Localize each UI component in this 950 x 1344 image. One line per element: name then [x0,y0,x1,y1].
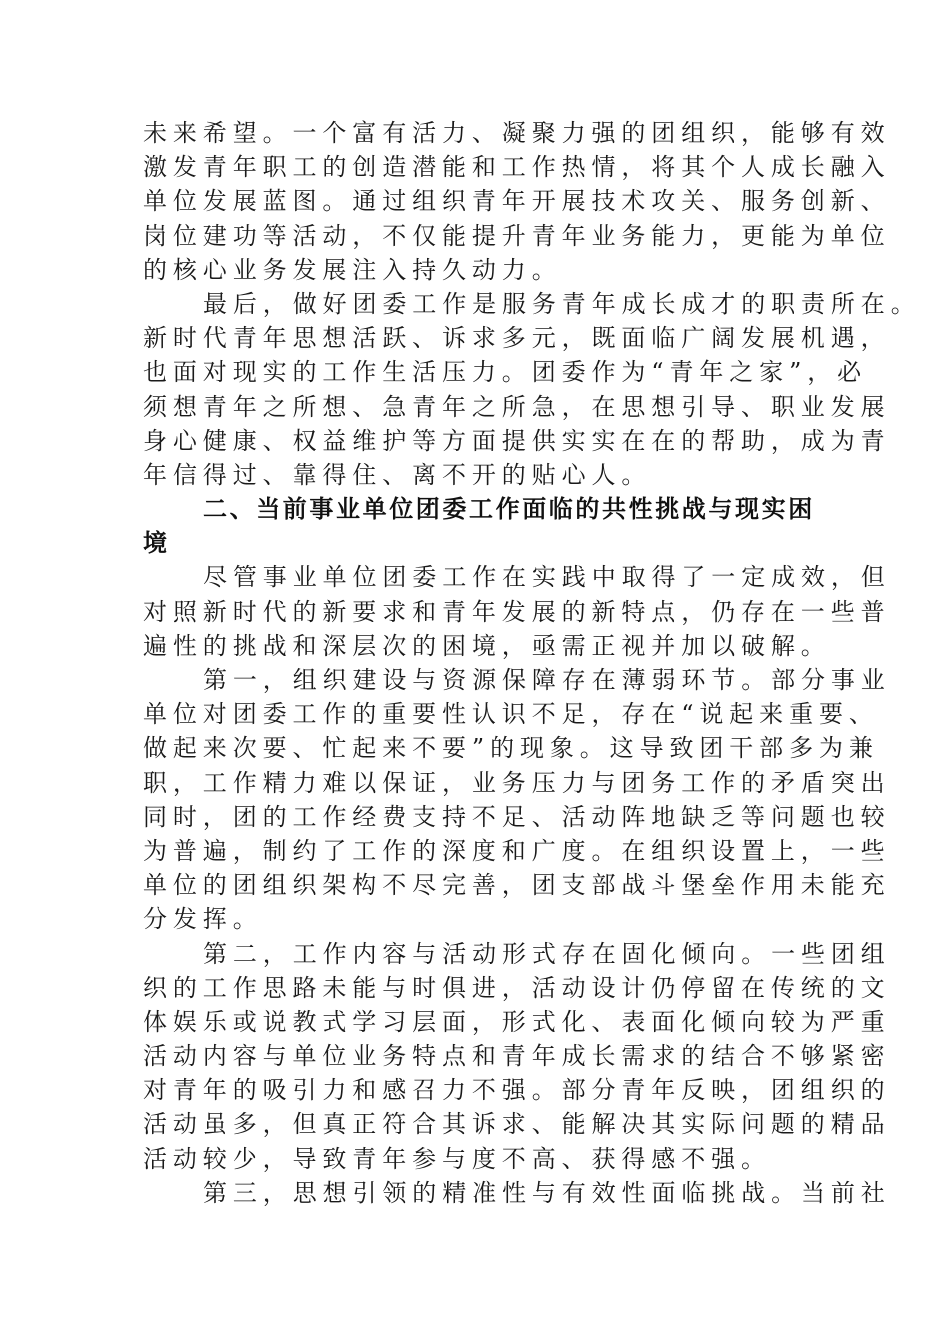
text-line: 未来希望。一个富有活力、凝聚力强的团组织，能够有效 [143,116,805,150]
section-heading: 二、当前事业单位团委工作面临的共性挑战与现实困 境 [143,492,805,560]
text-line: 的核心业务发展注入持久动力。 [143,253,805,287]
text-line: 为普遍，制约了工作的深度和广度。在组织设置上，一些 [143,834,805,868]
text-line: 须想青年之所想、急青年之所急，在思想引导、职业发展 [143,390,805,424]
text-line: 活动虽多，但真正符合其诉求、能解决其实际问题的精品 [143,1107,805,1141]
text-line: 新时代青年思想活跃、诉求多元，既面临广阔发展机遇， [143,321,805,355]
text-line: 体娱乐或说教式学习层面，形式化、表面化倾向较为严重 [143,1005,805,1039]
heading-line: 境 [143,526,805,560]
text-line: 活动内容与单位业务特点和青年成长需求的结合不够紧密 [143,1039,805,1073]
paragraph-finally: 最后，做好团委工作是服务青年成长成才的职责所在。 新时代青年思想活跃、诉求多元，… [143,287,805,492]
paragraph-first: 第一，组织建设与资源保障存在薄弱环节。部分事业 单位对团委工作的重要性认识不足，… [143,663,805,937]
text-line: 尽管事业单位团委工作在实践中取得了一定成效，但 [143,560,805,594]
text-line: 也面对现实的工作生活压力。团委作为“青年之家”，必 [143,355,805,389]
text-line: 对青年的吸引力和感召力不强。部分青年反映，团组织的 [143,1073,805,1107]
paragraph-continuation: 未来希望。一个富有活力、凝聚力强的团组织，能够有效 激发青年职工的创造潜能和工作… [143,116,805,287]
text-line: 活动较少，导致青年参与度不高、获得感不强。 [143,1142,805,1176]
paragraph-third: 第三，思想引领的精准性与有效性面临挑战。当前社 [143,1176,805,1210]
text-line: 单位对团委工作的重要性认识不足，存在“说起来重要、 [143,697,805,731]
text-line: 第三，思想引领的精准性与有效性面临挑战。当前社 [143,1176,805,1210]
text-line: 岗位建功等活动，不仅能提升青年业务能力，更能为单位 [143,219,805,253]
text-line: 对照新时代的新要求和青年发展的新特点，仍存在一些普 [143,595,805,629]
text-line: 单位发展蓝图。通过组织青年开展技术攻关、服务创新、 [143,184,805,218]
paragraph-second: 第二，工作内容与活动形式存在固化倾向。一些团组 织的工作思路未能与时俱进，活动设… [143,937,805,1176]
text-line: 最后，做好团委工作是服务青年成长成才的职责所在。 [143,287,805,321]
document-page: 未来希望。一个富有活力、凝聚力强的团组织，能够有效 激发青年职工的创造潜能和工作… [143,116,805,1210]
text-line: 织的工作思路未能与时俱进，活动设计仍停留在传统的文 [143,971,805,1005]
text-line: 第二，工作内容与活动形式存在固化倾向。一些团组 [143,937,805,971]
text-line: 年信得过、靠得住、离不开的贴心人。 [143,458,805,492]
paragraph-intro: 尽管事业单位团委工作在实践中取得了一定成效，但 对照新时代的新要求和青年发展的新… [143,560,805,663]
text-line: 分发挥。 [143,902,805,936]
text-line: 身心健康、权益维护等方面提供实实在在的帮助，成为青 [143,424,805,458]
text-line: 同时，团的工作经费支持不足、活动阵地缺乏等问题也较 [143,800,805,834]
text-line: 遍性的挑战和深层次的困境，亟需正视并加以破解。 [143,629,805,663]
text-line: 单位的团组织架构不尽完善，团支部战斗堡垒作用未能充 [143,868,805,902]
text-line: 第一，组织建设与资源保障存在薄弱环节。部分事业 [143,663,805,697]
text-line: 职，工作精力难以保证，业务压力与团务工作的矛盾突出 [143,766,805,800]
heading-line: 二、当前事业单位团委工作面临的共性挑战与现实困 [143,492,805,526]
text-line: 激发青年职工的创造潜能和工作热情，将其个人成长融入 [143,150,805,184]
text-line: 做起来次要、忙起来不要”的现象。这导致团干部多为兼 [143,731,805,765]
